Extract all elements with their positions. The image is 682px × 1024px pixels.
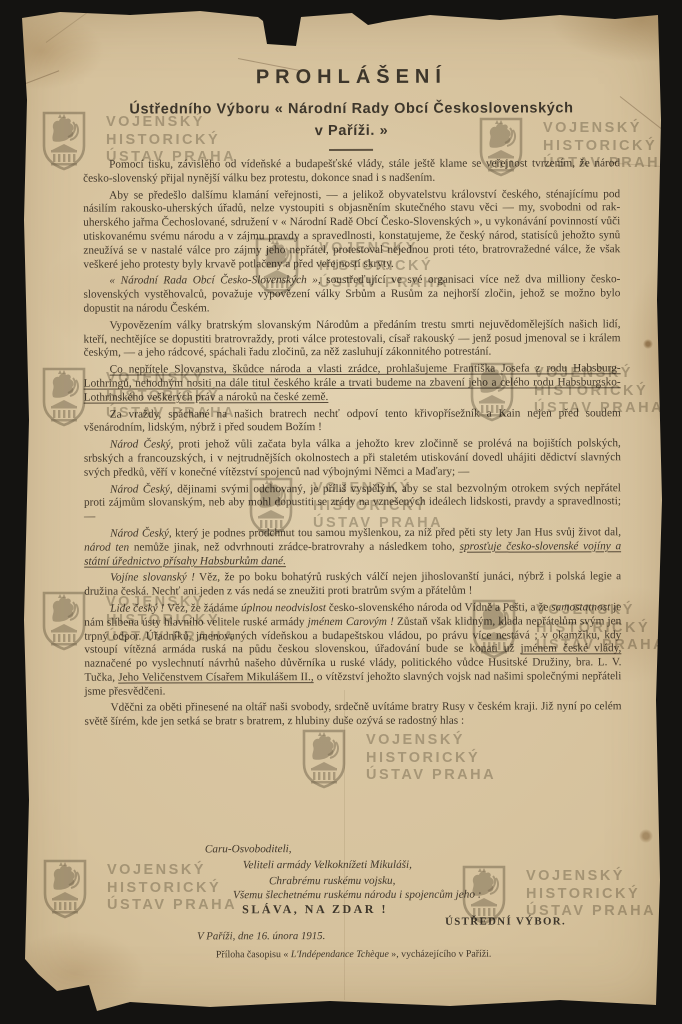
- paper-edge-shading: [0, 0, 682, 1024]
- document-sheet: PROHLÁŠENÍ Ústředního Výboru « Národní R…: [0, 0, 682, 1024]
